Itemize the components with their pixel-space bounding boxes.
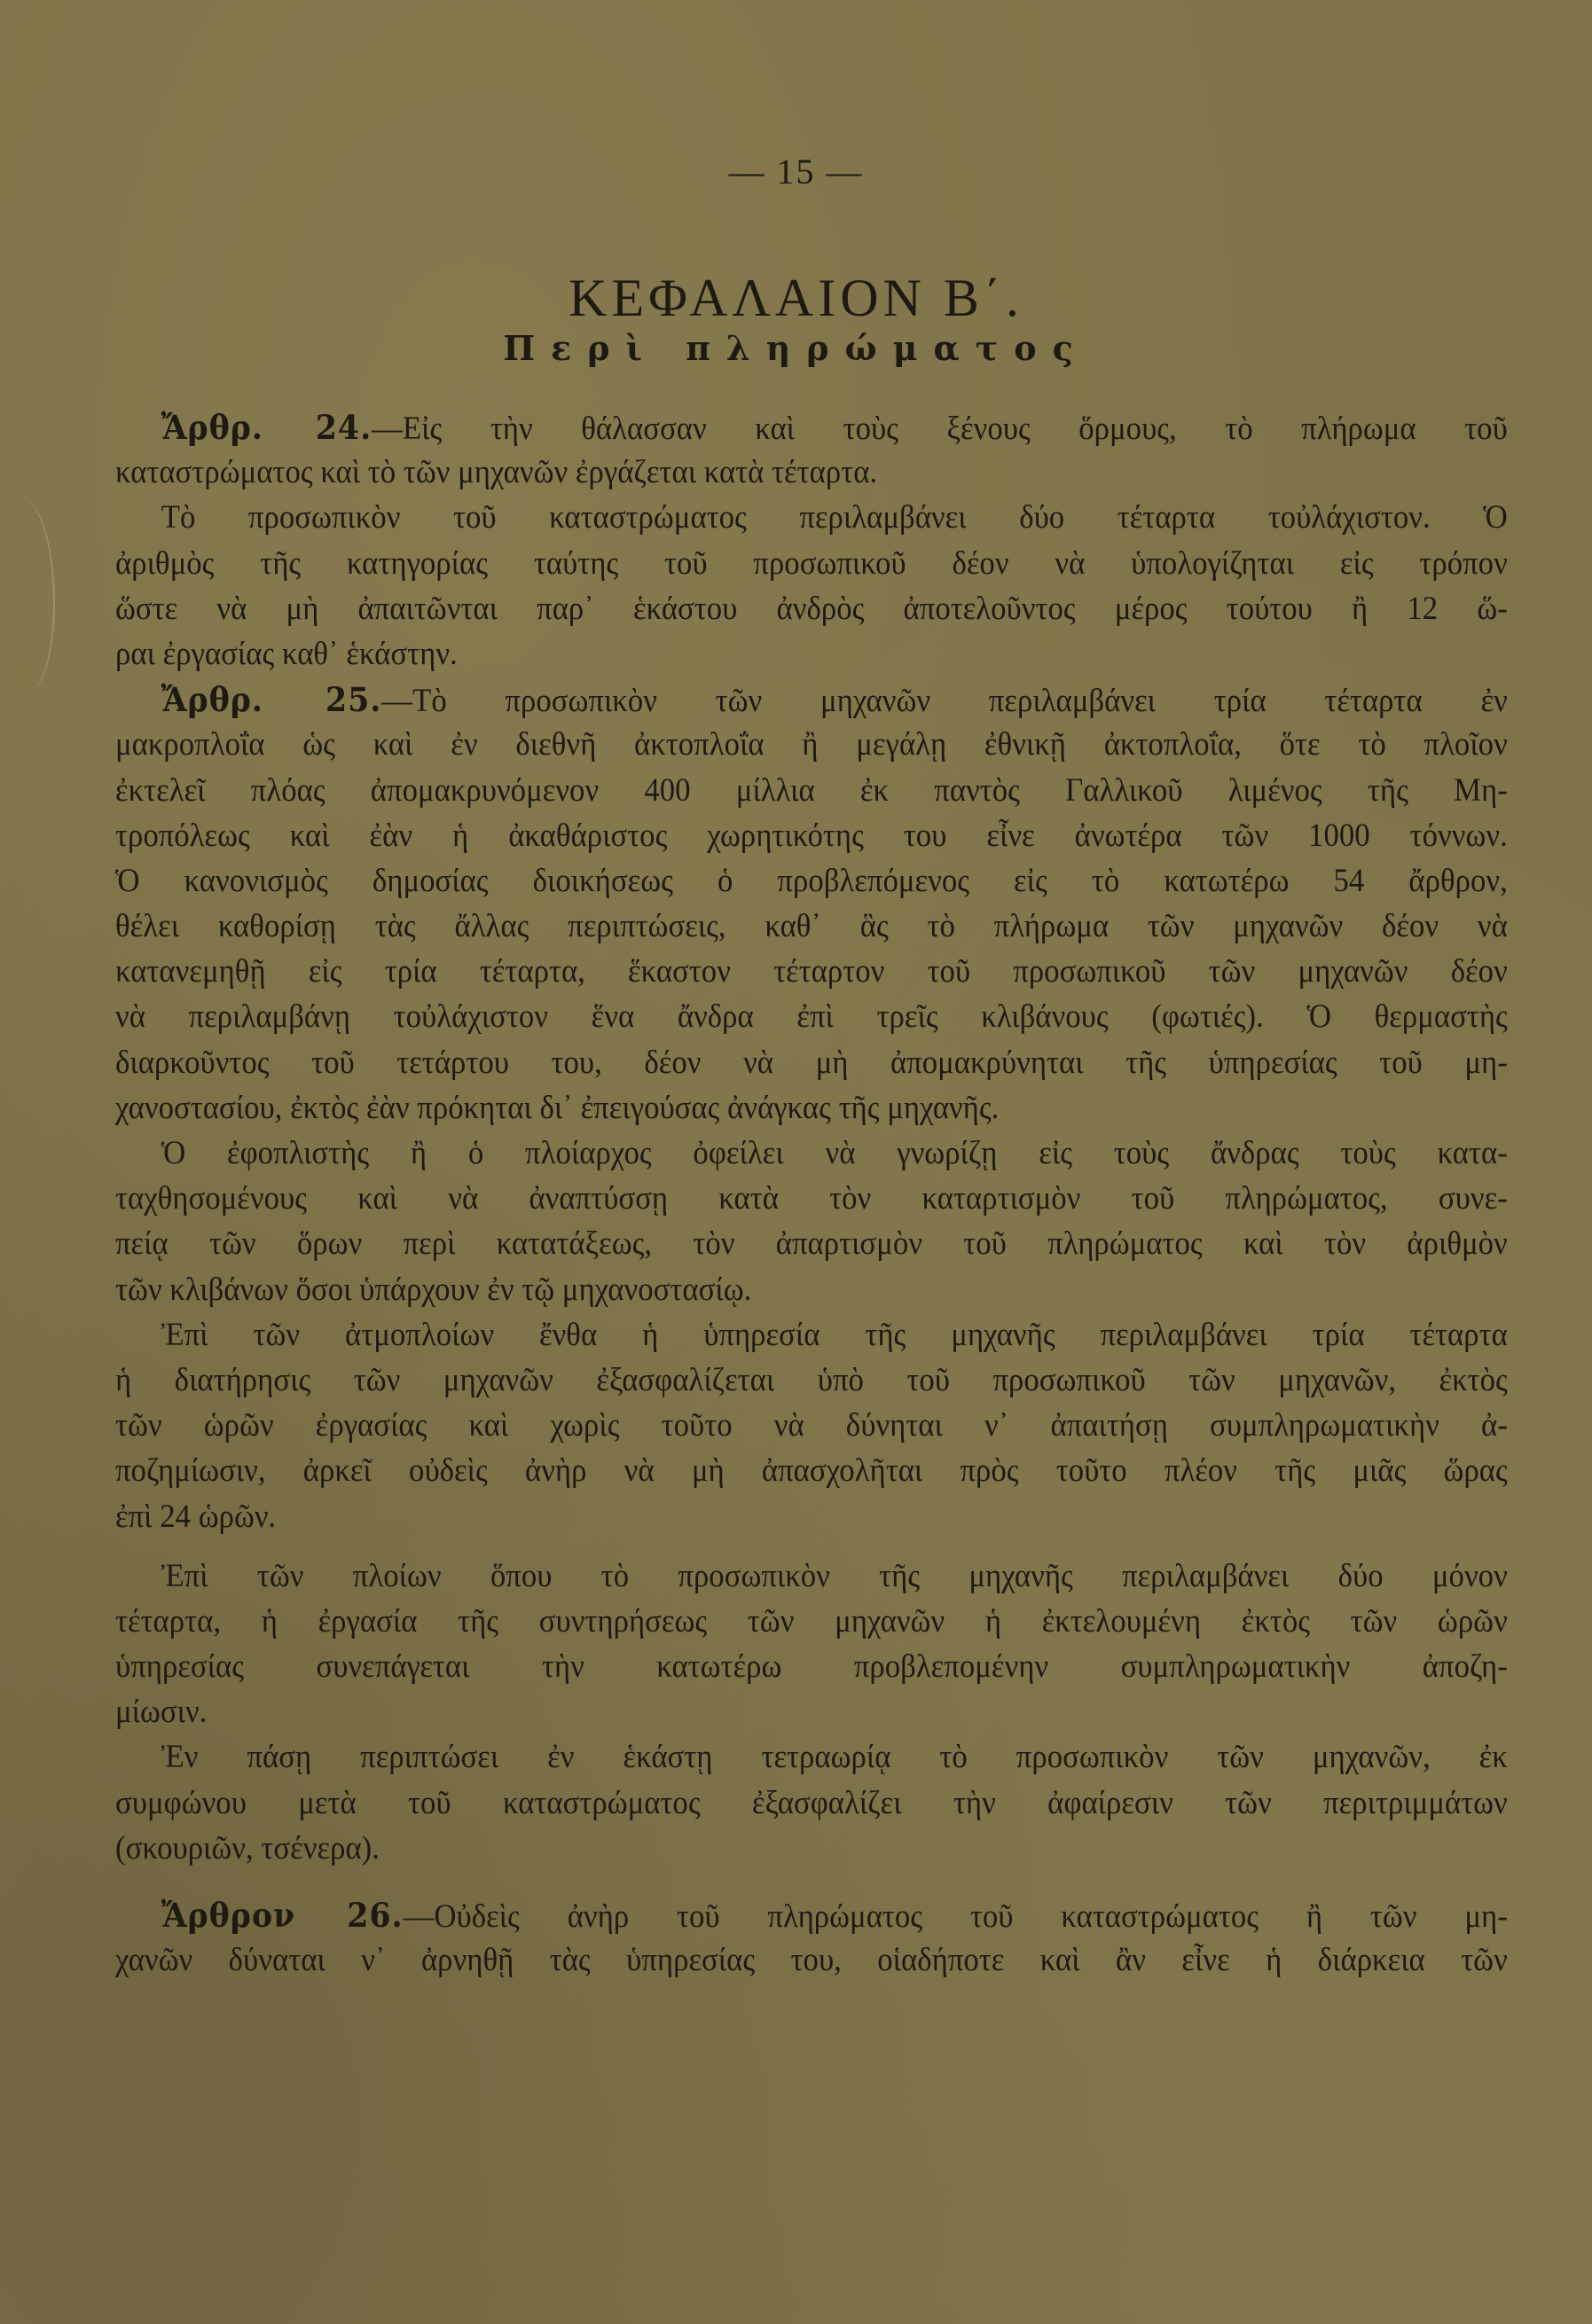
text-line: Ἐν πάσῃ περιπτώσει ἐν ἑκάστῃ τετραωρίᾳ τ… xyxy=(115,1740,1508,1785)
text-line: Ἄρθρ. 24.—Εἰς τὴν θάλασσαν καὶ τοὺς ξένο… xyxy=(115,410,1508,455)
text-line: Ἐπὶ τῶν πλοίων ὅπου τὸ προσωπικὸν τῆς μη… xyxy=(115,1559,1508,1604)
text-line: ἡ διατήρησις τῶν μηχανῶν ἐξασφαλίζεται ὑ… xyxy=(115,1363,1508,1408)
text-line: Ἄρθρ. 25.—Τὸ προσωπικὸν τῶν μηχανῶν περι… xyxy=(115,682,1508,727)
text-line: ἐκτελεῖ πλόας ἀπομακρυνόμενον 400 μίλλια… xyxy=(115,773,1508,818)
paper-tear-mark xyxy=(0,497,55,692)
text-line: τῶν κλιβάνων ὅσοι ὑπάρχουν ἐν τῷ μηχανοσ… xyxy=(115,1272,1508,1318)
text-line: διαρκοῦντος τοῦ τετάρτου του, δέον νὰ μὴ… xyxy=(115,1045,1508,1091)
chapter-title: ΚΕΦΑΛΑΙΟΝ Β΄. xyxy=(0,268,1592,329)
article-label: Ἄρθρον 26. xyxy=(161,1896,404,1935)
text-line: χανοστασίου, ἐκτὸς ἐὰν πρόκηται δι᾽ ἐπει… xyxy=(115,1091,1508,1136)
article-label: Ἄρθρ. 25. xyxy=(161,680,382,719)
text-line: μακροπλοΐα ὡς καὶ ἐν διεθνῆ ἀκτοπλοΐα ἢ … xyxy=(115,727,1508,772)
text-line: Ὁ ἐφοπλιστὴς ἢ ὁ πλοίαρχος ὀφείλει νὰ γν… xyxy=(115,1136,1508,1181)
text-line: Ἄρθρον 26.—Οὐδεὶς ἀνὴρ τοῦ πληρώματος το… xyxy=(115,1898,1508,1943)
text-line: καταστρώματος καὶ τὸ τῶν μηχανῶν ἐργάζετ… xyxy=(115,455,1508,500)
text-line: ταχθησομένους καὶ νὰ ἀναπτύσσῃ κατὰ τὸν … xyxy=(115,1181,1508,1226)
text-line: κατανεμηθῇ εἰς τρία τέταρτα, ἕκαστον τέτ… xyxy=(115,954,1508,999)
text-line: ἐπὶ 24 ὡρῶν. xyxy=(115,1499,1508,1545)
text-line: χανῶν δύναται ν᾽ ἀρνηθῇ τὰς ὑπηρεσίας το… xyxy=(115,1943,1508,1988)
text-line: πείᾳ τῶν ὅρων περὶ κατατάξεως, τὸν ἀπαρτ… xyxy=(115,1226,1508,1272)
text-line: Ἐπὶ τῶν ἀτμοπλοίων ἔνθα ἡ ὑπηρεσία τῆς μ… xyxy=(115,1318,1508,1363)
text-line: νὰ περιλαμβάνῃ τοὐλάχιστον ἕνα ἄνδρα ἐπὶ… xyxy=(115,999,1508,1045)
page-number: — 15 — xyxy=(0,151,1592,192)
article-25: Ἄρθρ. 25.—Τὸ προσωπικὸν τῶν μηχανῶν περι… xyxy=(115,682,1508,1876)
text-line: ὥστε νὰ μὴ ἀπαιτῶνται παρ᾽ ἑκάστου ἀνδρὸ… xyxy=(115,591,1508,637)
text-line: ποζημίωσιν, ἀρκεῖ οὐδεὶς ἀνὴρ νὰ μὴ ἀπασ… xyxy=(115,1453,1508,1498)
section-title: Περὶ πληρώματος xyxy=(0,328,1592,368)
text-line: θέλει καθορίσῃ τὰς ἄλλας περιπτώσεις, κα… xyxy=(115,909,1508,954)
text-line: ραι ἐργασίας καθ᾽ ἑκάστην. xyxy=(115,637,1508,682)
text-line: Τὸ προσωπικὸν τοῦ καταστρώματος περιλαμβ… xyxy=(115,500,1508,545)
scanned-page: — 15 — ΚΕΦΑΛΑΙΟΝ Β΄. Περὶ πληρώματος Ἄρθ… xyxy=(0,0,1592,2324)
text-line: μίωσιν. xyxy=(115,1694,1508,1740)
text-line: τέταρτα, ἡ ἐργασία τῆς συντηρήσεως τῶν μ… xyxy=(115,1604,1508,1649)
article-label: Ἄρθρ. 24. xyxy=(161,408,372,447)
text-line: Ὁ κανονισμὸς δημοσίας διοικήσεως ὁ προβλ… xyxy=(115,864,1508,909)
text-line: τῶν ὡρῶν ἐργασίας καὶ χωρὶς τοῦτο νὰ δύν… xyxy=(115,1408,1508,1453)
text-line: ἀριθμὸς τῆς κατηγορίας ταύτης τοῦ προσωπ… xyxy=(115,546,1508,591)
article-24: Ἄρθρ. 24.—Εἰς τὴν θάλασσαν καὶ τοὺς ξένο… xyxy=(115,410,1508,682)
body-text: Ἄρθρ. 24.—Εἰς τὴν θάλασσαν καὶ τοὺς ξένο… xyxy=(115,410,1508,1988)
text-line: (σκουριῶν, τσένερα). xyxy=(115,1831,1508,1876)
text-line: συμφώνου μετὰ τοῦ καταστρώματος ἐξασφαλί… xyxy=(115,1786,1508,1831)
text-line: τροπόλεως καὶ ἐὰν ἡ ἀκαθάριστος χωρητικό… xyxy=(115,818,1508,864)
article-26: Ἄρθρον 26.—Οὐδεὶς ἀνὴρ τοῦ πληρώματος το… xyxy=(115,1898,1508,1988)
text-line: ὑπηρεσίας συνεπάγεται τὴν κατωτέρω προβλ… xyxy=(115,1649,1508,1694)
